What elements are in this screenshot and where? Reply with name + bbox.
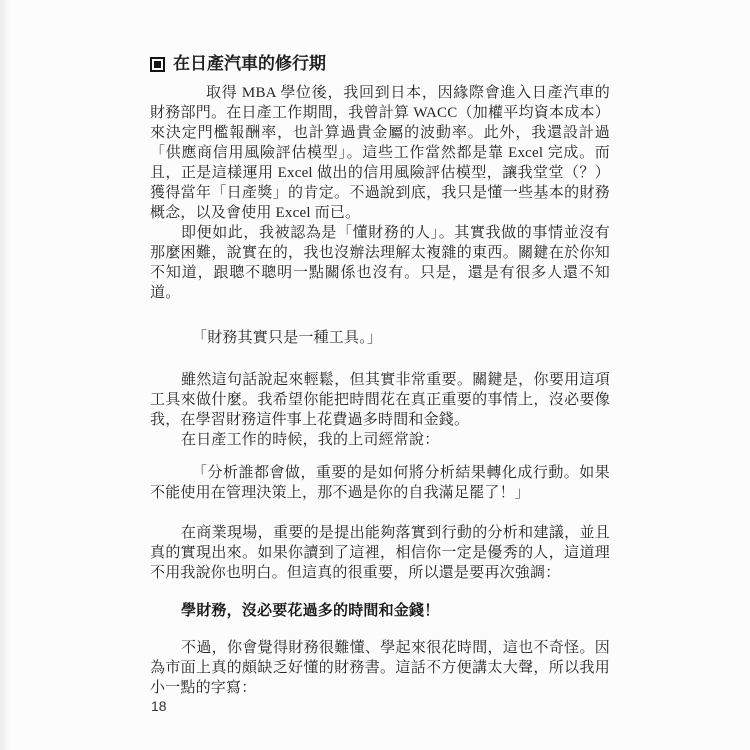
section-marker-icon	[150, 57, 165, 72]
paragraph-understand-finance: 即便如此，我被認為是「懂財務的人」。其實我做的事情並沒有那麼困難，說實在的，我也…	[150, 223, 610, 303]
page-content: 在日產汽車的修行期 取得 MBA 學位後，我回到日本，因緣際會進入日產汽車的財務…	[150, 53, 610, 698]
paragraph-nissan-intro: 取得 MBA 學位後，我回到日本，因緣際會進入日產汽車的財務部門。在日產工作期間…	[150, 83, 610, 223]
emphasis-dont-overspend: 學財務，沒必要花過多的時間和金錢！	[150, 601, 610, 621]
section-marker-inner-square	[154, 61, 161, 68]
section-heading-label: 在日產汽車的修行期	[173, 53, 326, 75]
quote-analysis-into-action: 「分析誰都會做，重要的是如何將分析結果轉化成行動。如果不能使用在管理決策上，那不…	[150, 463, 610, 503]
scan-edge-shadow	[0, 0, 10, 750]
book-page: 在日產汽車的修行期 取得 MBA 學位後，我回到日本，因緣際會進入日產汽車的財務…	[0, 0, 750, 750]
paragraph-business-practice: 在商業現場，重要的是提出能夠落實到行動的分析和建議，並且真的實現出來。如果你讀到…	[150, 523, 610, 583]
paragraph-boss-often-said: 在日產工作的時候，我的上司經常說：	[150, 430, 610, 450]
paragraph-how-to-use-tool: 雖然這句話說起來輕鬆，但其實非常重要。關鍵是，你要用這項工具來做什麼。我希望你能…	[150, 370, 610, 430]
quote-finance-is-a-tool: 「財務其實只是一種工具。」	[150, 328, 610, 348]
page-number: 18	[151, 698, 167, 714]
section-heading: 在日產汽車的修行期	[150, 53, 610, 75]
paragraph-finance-books-lacking: 不過，你會覺得財務很難懂、學起來很花時間，這也不奇怪。因為市面上真的頗缺乏好懂的…	[150, 638, 610, 698]
